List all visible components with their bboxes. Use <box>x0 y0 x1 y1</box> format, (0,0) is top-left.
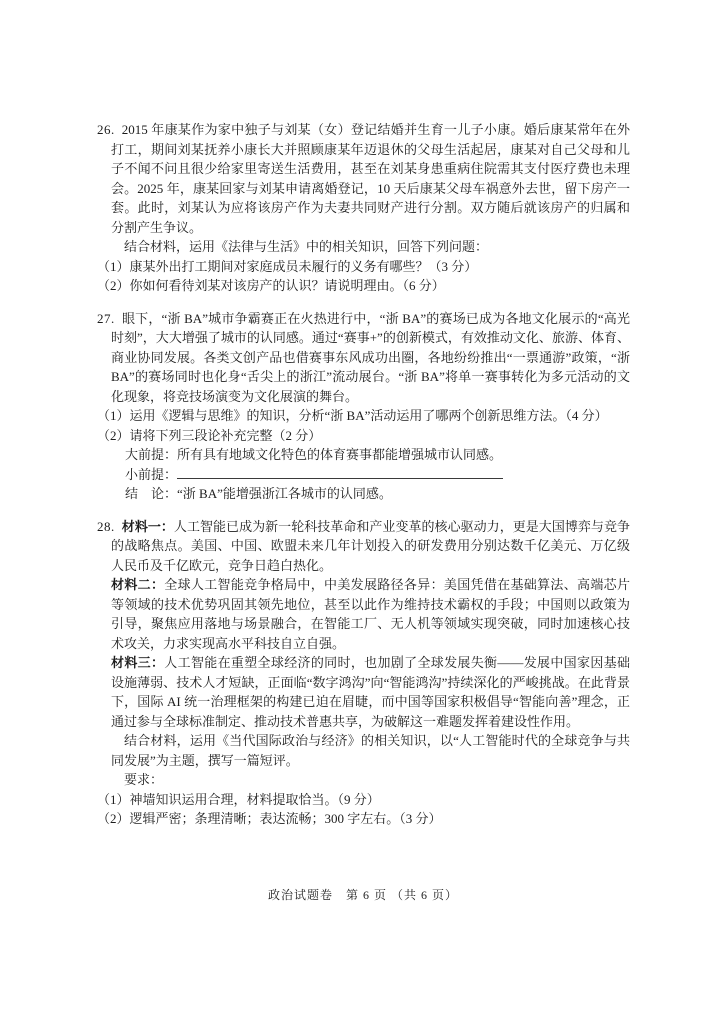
question-28-material-1: 28.材料一：人工智能已成为新一轮科技革命和产业变革的核心驱动力，更是大国博弈与… <box>97 517 630 576</box>
major-premise-label: 大前提： <box>125 447 177 462</box>
major-premise-text: 所有具有地域文化特色的体育赛事都能增强城市认同感。 <box>177 447 502 462</box>
syllogism-minor-premise: 小前提： <box>97 465 630 485</box>
page-footer: 政治试题卷 第 6 页 （共 6 页） <box>0 886 726 903</box>
question-26: 26.2015 年康某作为家中独子与刘某（女）登记结婚并生育一儿子小康。婚后康某… <box>97 120 630 296</box>
conclusion-text: “浙 BA”能增强浙江各城市的认同感。 <box>177 486 392 501</box>
exam-page: 26.2015 年康某作为家中独子与刘某（女）登记结婚并生育一儿子小康。婚后康某… <box>0 0 726 1024</box>
question-26-sub-1: （1）康某外出打工期间对家庭成员未履行的义务有哪些？（3 分） <box>97 257 630 277</box>
question-28-material-2: 材料二：全球人工智能竞争格局中，中美发展路径各异：美国凭借在基础算法、高端芯片等… <box>97 575 630 653</box>
question-26-body: 26.2015 年康某作为家中独子与刘某（女）登记结婚并生育一儿子小康。婚后康某… <box>97 120 630 237</box>
question-26-number: 26. <box>97 122 115 137</box>
question-27-body: 27.眼下，“浙 BA”城市争霸赛正在火热进行中，“浙 BA”的赛场已成为各地文… <box>97 309 630 407</box>
question-27-text: 眼下，“浙 BA”城市争霸赛正在火热进行中，“浙 BA”的赛场已成为各地文化展示… <box>111 311 630 404</box>
question-27-sub-2: （2）请将下列三段论补充完整（2 分） <box>97 426 630 446</box>
question-28-requirements-label: 要求： <box>97 770 630 790</box>
question-26-sub-2: （2）你如何看待刘某对该房产的认识？请说明理由。（6 分） <box>97 276 630 296</box>
question-27: 27.眼下，“浙 BA”城市争霸赛正在火热进行中，“浙 BA”的赛场已成为各地文… <box>97 309 630 504</box>
material-3-label: 材料三： <box>111 655 164 670</box>
material-1-text: 人工智能已成为新一轮科技革命和产业变革的核心驱动力，更是大国博弈与竞争的战略焦点… <box>111 519 630 573</box>
material-3-text: 人工智能在重塑全球经济的同时，也加剧了全球发展失衡——发展中国家因基础设施薄弱、… <box>111 655 630 729</box>
question-28-lead-in: 结合材料，运用《当代国际政治与经济》的相关知识，以“人工智能时代的全球竞争与共同… <box>97 731 630 770</box>
question-28-sub-2: （2）逻辑严密；条理清晰；表达流畅；300 字左右。（3 分） <box>97 809 630 829</box>
question-28-material-3: 材料三：人工智能在重塑全球经济的同时，也加剧了全球发展失衡——发展中国家因基础设… <box>97 653 630 731</box>
question-26-text: 2015 年康某作为家中独子与刘某（女）登记结婚并生育一儿子小康。婚后康某常年在… <box>111 122 630 235</box>
material-1-label: 材料一： <box>122 519 174 534</box>
question-26-lead-in: 结合材料，运用《法律与生活》中的相关知识，回答下列问题： <box>97 237 630 257</box>
syllogism-conclusion: 结 论：“浙 BA”能增强浙江各城市的认同感。 <box>97 484 630 504</box>
question-27-number: 27. <box>97 311 115 326</box>
material-2-text: 全球人工智能竞争格局中，中美发展路径各异：美国凭借在基础算法、高端芯片等领域的技… <box>111 577 630 651</box>
question-28-sub-1: （1）神墙知识运用合理，材料提取恰当。（9 分） <box>97 790 630 810</box>
material-2-label: 材料二： <box>111 577 164 592</box>
answer-blank-line <box>177 465 503 479</box>
syllogism-major-premise: 大前提：所有具有地域文化特色的体育赛事都能增强城市认同感。 <box>97 445 630 465</box>
minor-premise-label: 小前提： <box>125 467 177 482</box>
page-content: 26.2015 年康某作为家中独子与刘某（女）登记结婚并生育一儿子小康。婚后康某… <box>97 120 630 829</box>
conclusion-label: 结 论： <box>125 486 177 501</box>
question-27-sub-1: （1）运用《逻辑与思维》的知识，分析“浙 BA”活动运用了哪两个创新思维方法。（… <box>97 406 630 426</box>
question-28: 28.材料一：人工智能已成为新一轮科技革命和产业变革的核心驱动力，更是大国博弈与… <box>97 517 630 829</box>
question-28-number: 28. <box>97 519 115 534</box>
